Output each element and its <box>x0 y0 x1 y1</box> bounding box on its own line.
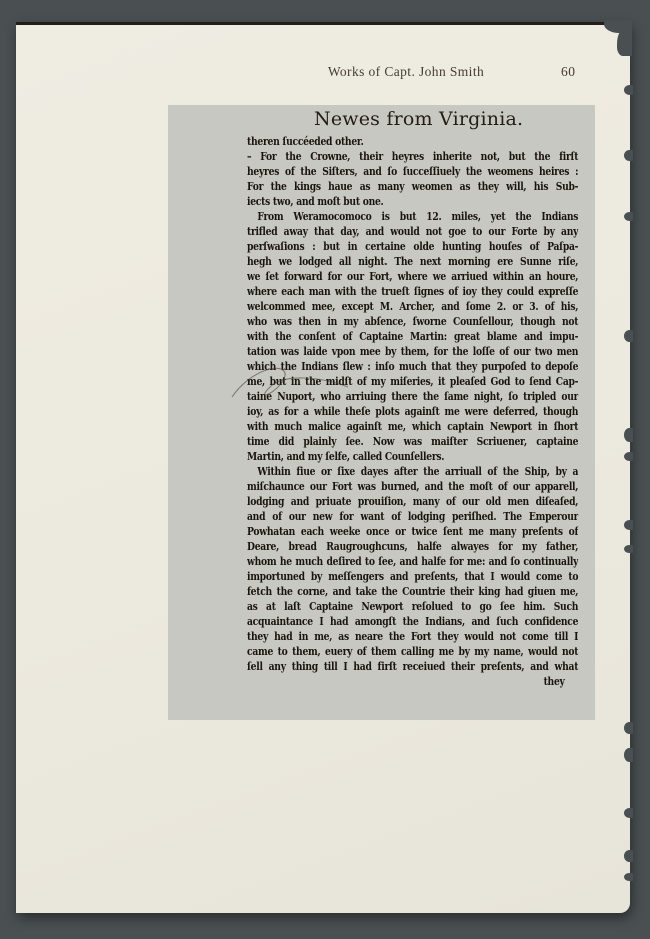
torn-edge-notch <box>624 808 633 818</box>
torn-edge-notch <box>624 722 633 734</box>
facsimile-line: From Weramocomoco is but 12. miles, yet … <box>247 209 578 224</box>
torn-edge-notch <box>624 85 633 95</box>
facsimile-line: ſell any thing till I had firſt receiued… <box>247 659 578 674</box>
torn-edge-notch <box>624 428 633 442</box>
facsimile-plate: Newes from Virginia. theren ſuccéeded ot… <box>168 105 595 720</box>
page-number: 60 <box>561 64 576 80</box>
facsimile-line: we ſet forward for our Fort, where we ar… <box>247 269 578 284</box>
torn-edge-notch <box>624 150 633 161</box>
torn-edge-notch <box>624 850 633 862</box>
facsimile-line: welcommed mee, except M. Archer, and ſom… <box>247 299 578 314</box>
facsimile-line: fetch the corne, and take the Countrie t… <box>247 584 578 599</box>
catchword: they <box>247 674 578 689</box>
torn-corner <box>617 26 632 56</box>
facsimile-line: with much malice againſt me, which capta… <box>247 419 578 434</box>
facsimile-line: hegh we lodged all night. The next morni… <box>247 254 578 269</box>
torn-edge-notch <box>624 452 633 461</box>
facsimile-line: iects two, and moſt but one. <box>247 194 578 209</box>
facsimile-line: – For the Crowne, their heyres inherite … <box>247 149 578 164</box>
facsimile-line: heyres of the Siſters, and ſo ſucceſſiue… <box>247 164 578 179</box>
photo-backdrop: { "colors":{ "backdrop":"#4a5052", "pape… <box>0 0 650 939</box>
facsimile-line: and of our new for want of lodging periſ… <box>247 509 578 524</box>
facsimile-line: with the conſent of Captaine Martin: gre… <box>247 329 578 344</box>
facsimile-line: trifled away that day, and would not goe… <box>247 224 578 239</box>
page-top-edge <box>16 22 606 25</box>
facsimile-line: came to them, euery of them calling me b… <box>247 644 578 659</box>
facsimile-line: they had in me, as neare the Fort they w… <box>247 629 578 644</box>
facsimile-line: Powhatan each weeke once or twice ſent m… <box>247 524 578 539</box>
facsimile-line: miſchaunce our Fort was burned, and the … <box>247 479 578 494</box>
facsimile-line: Martin, and my ſelfe, called Counſellers… <box>247 449 578 464</box>
facsimile-line: whom he much deſired to ſee, and halfe f… <box>247 554 578 569</box>
facsimile-title: Newes from Virginia. <box>314 108 523 130</box>
torn-edge-notch <box>624 330 633 342</box>
facsimile-line: Within fiue or ſixe dayes after the arri… <box>247 464 578 479</box>
torn-edge-notch <box>624 545 633 553</box>
facsimile-line: For the kings haue as many weomen as the… <box>247 179 578 194</box>
torn-edge-notch <box>624 520 633 530</box>
facsimile-line: as at laſt Captaine Newport reſolued to … <box>247 599 578 614</box>
facsimile-line: Deare, bread Raugroughcuns, halfe alwaye… <box>247 539 578 554</box>
torn-edge-notch <box>624 748 633 762</box>
facsimile-line: perſwaſions : but in certaine olde hunti… <box>247 239 578 254</box>
facsimile-line: importuned by meſſengers and preſents, t… <box>247 569 578 584</box>
facsimile-line: who was then in my abſence, ſworne Counſ… <box>247 314 578 329</box>
torn-edge-notch <box>624 873 633 881</box>
facsimile-line: time did plainly ſee. Now was maiſter Sc… <box>247 434 578 449</box>
facsimile-line: acquaintance I had amongſt the Indians, … <box>247 614 578 629</box>
running-title: Works of Capt. John Smith <box>296 64 516 80</box>
facsimile-line: lodging and priuate prouiſion, many of o… <box>247 494 578 509</box>
pen-mark <box>226 357 356 417</box>
facsimile-line: where each man with the trueſt ſignes of… <box>247 284 578 299</box>
facsimile-line: theren ſuccéeded other. <box>247 134 578 149</box>
torn-edge-notch <box>624 212 633 221</box>
book-page: Works of Capt. John Smith 60 Newes from … <box>16 22 630 913</box>
